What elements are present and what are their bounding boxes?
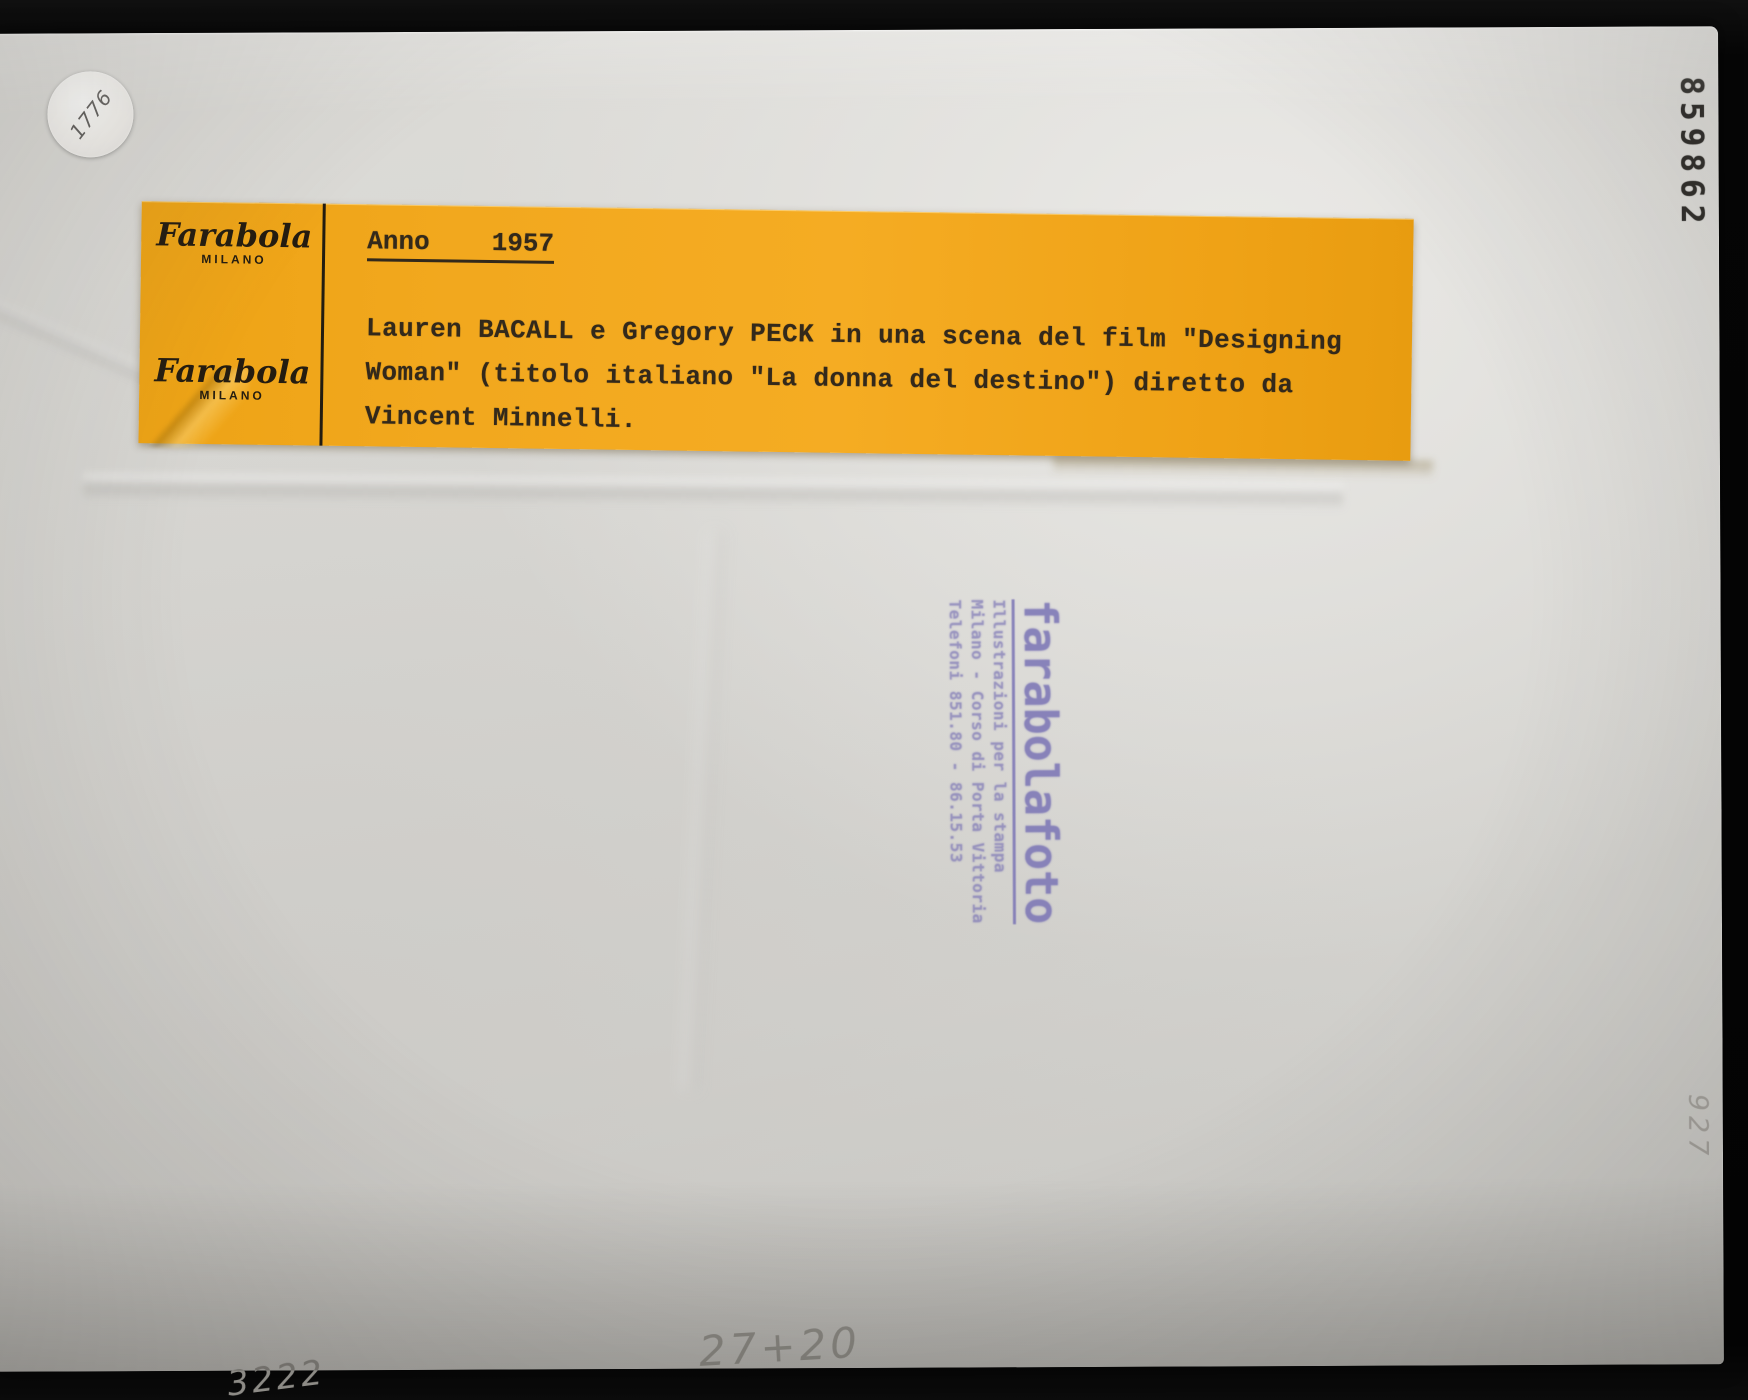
paper-vignette — [0, 26, 1724, 1372]
photo-verso-scene: 1776 859862 Farabola MILANO Farabola MIL… — [0, 0, 1748, 1400]
photo-paper: 1776 859862 Farabola MILANO Farabola MIL… — [0, 26, 1724, 1372]
